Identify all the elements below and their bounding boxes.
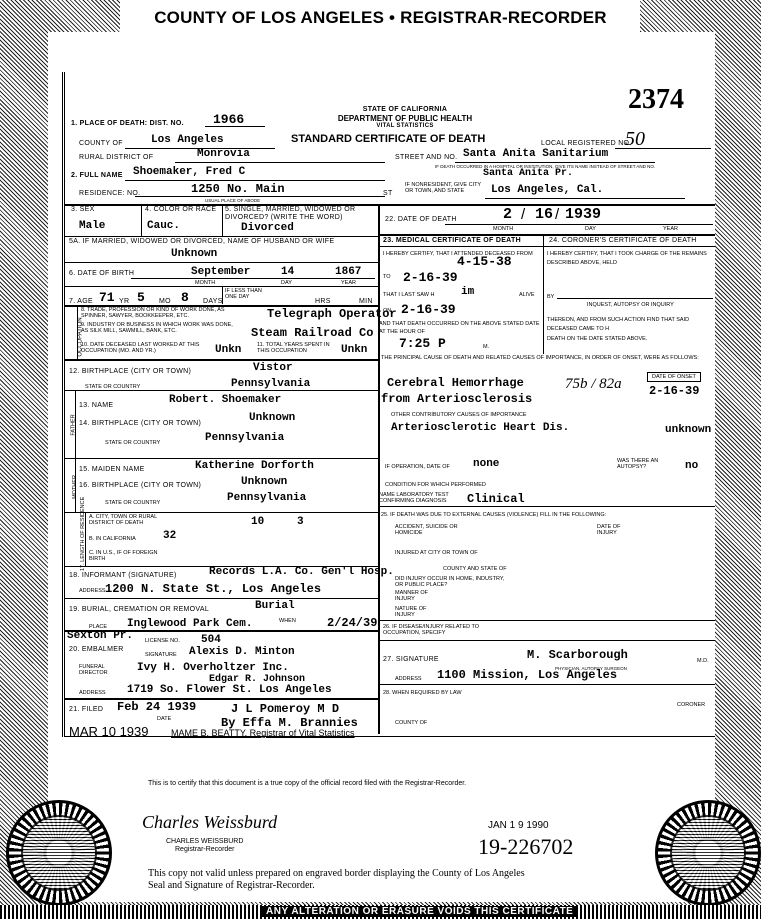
injury-county-label: COUNTY AND STATE OF	[443, 566, 507, 572]
residence-c-label: C. IN U.S., IF OF FOREIGN BIRTH	[89, 550, 169, 562]
street-value-2: Santa Anita Pr.	[483, 168, 573, 179]
on-label: ON	[383, 308, 391, 314]
informant-label: 18. INFORMANT (SIGNATURE)	[69, 572, 177, 579]
injury-where-label: DID INJURY OCCUR IN HOME, INDUSTRY, OR P…	[395, 576, 505, 588]
mother-maiden-value: Katherine Dorforth	[195, 460, 314, 472]
age-yr-label: YR	[119, 298, 129, 305]
father-state-label: STATE OR COUNTRY	[105, 440, 160, 446]
last-worked-label: 10. DATE DECEASED LAST WORKED AT THIS OC…	[81, 342, 211, 354]
county-of-label: COUNTY OF	[395, 720, 427, 726]
death-occurred-text: AND THAT DEATH OCCURRED ON THE ABOVE STA…	[379, 320, 543, 336]
spouse-label: 5A. IF MARRIED, WIDOWED OR DIVORCED, NAM…	[69, 238, 334, 245]
state-header-2: DEPARTMENT OF PUBLIC HEALTH	[315, 114, 495, 123]
sex-value: Male	[79, 220, 105, 232]
death-certificate: STATE OF CALIFORNIA DEPARTMENT OF PUBLIC…	[62, 72, 715, 737]
place-of-death-label: 1. PLACE OF DEATH: DIST. NO.	[71, 120, 184, 127]
mother-state: Pennsylvania	[227, 492, 306, 504]
informant-address: 1200 N. State St., Los Angeles	[105, 582, 321, 596]
mother-maiden-label: 15. MAIDEN NAME	[79, 466, 145, 473]
age-months: 5	[137, 290, 145, 305]
father-birthplace-city: Unknown	[249, 412, 295, 424]
father-state: Pennsylvania	[205, 432, 284, 444]
embalmer-signature: Alexis D. Minton	[189, 646, 295, 658]
st-label: ST	[383, 190, 393, 197]
father-birthplace-label: 14. BIRTHPLACE (CITY OR TOWN)	[79, 420, 201, 427]
license-label: LICENSE NO.	[145, 638, 180, 644]
street-label: STREET AND NO.	[395, 154, 457, 161]
burial-place: Inglewood Park Cem.	[127, 618, 252, 630]
marital-status-value: Divorced	[241, 222, 294, 234]
embalmer-signature-label: SIGNATURE	[145, 652, 177, 658]
state-header-1: STATE OF CALIFORNIA	[345, 106, 465, 113]
filed-date-sub: DATE	[157, 716, 171, 722]
lab-test-label: NAME LABORATORY TEST CONFIRMING DIAGNOSI…	[379, 492, 469, 504]
full-name-label: 2. FULL NAME	[71, 172, 123, 179]
coroner-by-label: BY	[547, 294, 554, 300]
certificate-title: STANDARD CERTIFICATE OF DEATH	[291, 133, 485, 145]
death-year: 1939	[565, 206, 601, 223]
mother-birthplace-label: 16. BIRTHPLACE (CITY OR TOWN)	[79, 482, 201, 489]
trade-label: 8. TRADE, PROFESSION OR KIND OF WORK DON…	[81, 307, 231, 319]
mother-state-label: STATE OR COUNTRY	[105, 500, 160, 506]
district-number: 1966	[213, 112, 244, 127]
death-day: 16	[535, 206, 553, 223]
registrar-value: J L Pomeroy M D	[231, 702, 339, 716]
other-causes-label: OTHER CONTRIBUTORY CAUSES OF IMPORTANCE	[391, 412, 526, 418]
death-year-sub: YEAR	[663, 226, 678, 232]
residence-a-months: 3	[297, 516, 304, 528]
usual-abode-note: USUAL PLACE OF ABODE	[205, 198, 260, 203]
last-saw-label: THAT I LAST SAW H	[383, 292, 434, 298]
nature-label: NATURE OF INJURY	[395, 606, 435, 618]
mother-birthplace-city: Unknown	[241, 476, 287, 488]
county-label: COUNTY OF	[79, 140, 123, 147]
county-seal-right-icon	[655, 800, 761, 906]
attended-from: 4-15-38	[457, 254, 512, 269]
funeral-address: 1719 So. Flower St. Los Angeles	[127, 684, 332, 696]
embalmer-label: 20. EMBALMER	[69, 646, 124, 653]
filed-value: Feb 24 1939	[117, 700, 196, 714]
residence-label: RESIDENCE: NO.	[79, 190, 140, 197]
city-state-value: Los Angeles, Cal.	[491, 184, 603, 196]
local-registered-label: LOCAL REGISTERED NO.	[541, 140, 632, 147]
cause-2: from Arteriosclerosis	[381, 392, 532, 406]
injury-city-label: INJURED AT CITY OR TOWN OF	[395, 550, 505, 556]
hrs-label: HRS	[315, 298, 331, 305]
medical-cert-label: 23. MEDICAL CERTIFICATE OF DEATH	[383, 237, 521, 244]
md-label: M.D.	[697, 658, 709, 664]
years-spent-label: 11. TOTAL YEARS SPENT IN THIS OCCUPATION	[257, 342, 337, 354]
residence-value: 1250 No. Main	[191, 182, 285, 196]
father-name-value: Robert. Shoemaker	[169, 394, 281, 406]
father-name-label: 13. NAME	[79, 402, 113, 409]
burial-label: 19. BURIAL, CREMATION OR REMOVAL	[69, 606, 209, 613]
sexton-note: Sexton Pr.	[67, 630, 133, 642]
min-label: MIN	[359, 298, 373, 305]
document-number: 19-226702	[478, 834, 573, 860]
other-causes-value: Arteriosclerotic Heart Dis.	[391, 422, 569, 434]
date-separator: /	[521, 206, 525, 223]
coroner-text-1: I HEREBY CERTIFY, THAT I TOOK CHARGE OF …	[547, 250, 713, 268]
condition-label: CONDITION FOR WHICH PERFORMED	[385, 482, 486, 488]
lab-test-value: Clinical	[467, 492, 525, 506]
m-label: M.	[483, 344, 489, 350]
attended-to-label: TO	[383, 274, 391, 280]
marital-status-label: 5. SINGLE, MARRIED, WIDOWED OR DIVORCED?…	[225, 206, 375, 222]
residence-a-label: A. CITY, TOWN OR RURAL DISTRICT OF DEATH	[89, 514, 169, 526]
death-month: 2	[503, 206, 512, 223]
birthplace-state: Pennsylvania	[231, 378, 310, 390]
funeral-director-value: Ivy H. Overholtzer Inc.	[137, 662, 289, 674]
county-value: Los Angeles	[151, 134, 224, 146]
operation-value: none	[473, 458, 499, 470]
less-than-day-label: IF LESS THAN ONE DAY	[225, 288, 275, 300]
death-date-label: 22. DATE OF DEATH	[385, 216, 457, 223]
age-years: 71	[99, 290, 115, 305]
informant-address-label: ADDRESS	[79, 588, 106, 594]
nonresident-label: IF NONRESIDENT, GIVE CITY OR TOWN, AND S…	[405, 182, 485, 194]
last-worked-value: Unkn	[215, 344, 241, 356]
filed-label: 21. FILED	[69, 706, 103, 713]
county-seal-left-icon	[6, 800, 112, 906]
full-name-value: Shoemaker, Fred C	[133, 166, 245, 178]
physician-signature: M. Scarborough	[527, 648, 628, 662]
last-saw-value: im	[461, 286, 474, 298]
sex-label: 3. SEX	[71, 206, 95, 213]
age-days-label: DAYS	[203, 298, 223, 305]
registrar-title: Registrar-Recorder	[175, 846, 235, 853]
alteration-warning-text: ANY ALTERATION OR ERASURE VOIDS THIS CER…	[262, 906, 577, 917]
when-required-label: 28. WHEN REQUIRED BY LAW	[383, 690, 463, 697]
age-days: 8	[181, 290, 189, 305]
race-label: 4. COLOR OR RACE	[145, 206, 216, 213]
page-title: COUNTY OF LOS ANGELES • REGISTRAR-RECORD…	[0, 8, 761, 28]
industry-value: Steam Railroad Co	[251, 326, 373, 340]
injury-date-label: DATE OF INJURY	[597, 524, 637, 536]
coroner-cert-label: 24. CORONER'S CERTIFICATE OF DEATH	[549, 237, 697, 244]
industry-label: 9. INDUSTRY OR BUSINESS IN WHICH WORK WA…	[81, 322, 241, 334]
birth-month: September	[191, 266, 250, 278]
residence-b-label: B. IN CALIFORNIA	[89, 536, 136, 542]
cause-1: Cerebral Hemorrhage	[387, 376, 524, 390]
manner-label: MANNER OF INJURY	[395, 590, 435, 602]
operation-label: IF OPERATION, DATE OF	[385, 464, 450, 470]
years-spent-value: Unkn	[341, 344, 367, 356]
validity-note-2: Seal and Signature of Registrar-Recorder…	[148, 880, 315, 892]
cause-onset: 2-16-39	[649, 384, 699, 398]
certification-statement: This is to certify that this document is…	[148, 780, 466, 787]
race-value: Cauc.	[147, 220, 180, 232]
age-mo-label: MO	[159, 298, 171, 305]
attended-to: 2-16-39	[403, 270, 458, 285]
burial-when-label: WHEN	[279, 618, 296, 624]
autopsy-value: no	[685, 460, 698, 472]
occupation-related-label: 26. IF DISEASE/INJURY RELATED TO OCCUPAT…	[383, 624, 503, 636]
validity-note-1: This copy not valid unless prepared on e…	[148, 868, 525, 880]
coroner-text-3: DEATH ON THE DATE STATED ABOVE.	[547, 336, 647, 342]
age-label: 7. AGE	[69, 298, 93, 305]
physician-address: 1100 Mission, Los Angeles	[437, 668, 617, 682]
spouse-value: Unknown	[171, 248, 217, 260]
birthplace-label: 12. BIRTHPLACE (CITY OR TOWN)	[69, 368, 191, 375]
external-causes-label: 25. IF DEATH WAS DUE TO EXTERNAL CAUSES …	[381, 512, 606, 518]
informant-value: Records L.A. Co. Gen'l Hosp.	[209, 566, 394, 578]
accident-label: ACCIDENT, SUICIDE OR HOMICIDE	[395, 524, 465, 536]
street-value: Santa Anita Sanitarium	[463, 148, 608, 160]
onset-label: DATE OF ONSET	[647, 372, 701, 382]
birthplace-city: Vistor	[253, 362, 293, 374]
license-value: 504	[201, 634, 221, 646]
coroner-label: CORONER	[677, 702, 705, 708]
coroner-text-2: THEREON, AND FROM SUCH ACTION FIND THAT …	[547, 316, 713, 334]
inquest-label: INQUEST, AUTOPSY OR INQUIRY	[587, 302, 674, 308]
physician-address-label: ADDRESS	[395, 676, 422, 682]
last-saw-date: 2-16-39	[401, 302, 456, 317]
physician-signature-label: 27. SIGNATURE	[383, 656, 439, 663]
other-causes-onset: unknown	[665, 424, 711, 436]
residence-b-years: 32	[163, 530, 176, 542]
residence-a-years: 10	[251, 516, 264, 528]
rural-district-label: RURAL DISTRICT OF	[79, 154, 153, 161]
burial-when: 2/24/39	[327, 616, 377, 630]
registrar-name: CHARLES WEISSBURD	[166, 838, 243, 845]
birth-day: 14	[281, 266, 294, 278]
state-header-3: VITAL STATISTICS	[345, 123, 465, 129]
date-separator: /	[555, 206, 559, 223]
principal-cause-label: THE PRINCIPAL CAUSE OF DEATH AND RELATED…	[381, 354, 711, 362]
alive-label: ALIVE	[519, 292, 535, 298]
birth-year: 1867	[335, 266, 361, 278]
registrar-signature: Charles Weissburd	[142, 812, 277, 833]
funeral-director-label: FUNERAL DIRECTOR	[79, 664, 119, 676]
rural-district-value: Monrovia	[197, 148, 250, 160]
burial-value: Burial	[255, 600, 295, 612]
autopsy-label: WAS THERE AN AUTOPSY?	[617, 458, 673, 470]
death-month-sub: MONTH	[493, 226, 513, 232]
issue-date-stamp: JAN 1 9 1990	[488, 820, 549, 831]
death-hour: 7:25 P	[399, 336, 446, 351]
alteration-warning-banner: ANY ALTERATION OR ERASURE VOIDS THIS CER…	[0, 905, 761, 919]
birth-date-label: 6. DATE OF BIRTH	[69, 270, 134, 277]
death-day-sub: DAY	[585, 226, 596, 232]
cause-code: 75b / 82a	[565, 376, 622, 393]
trade-value: Telegraph Operator	[267, 307, 397, 321]
funeral-address-label: ADDRESS	[79, 690, 106, 696]
